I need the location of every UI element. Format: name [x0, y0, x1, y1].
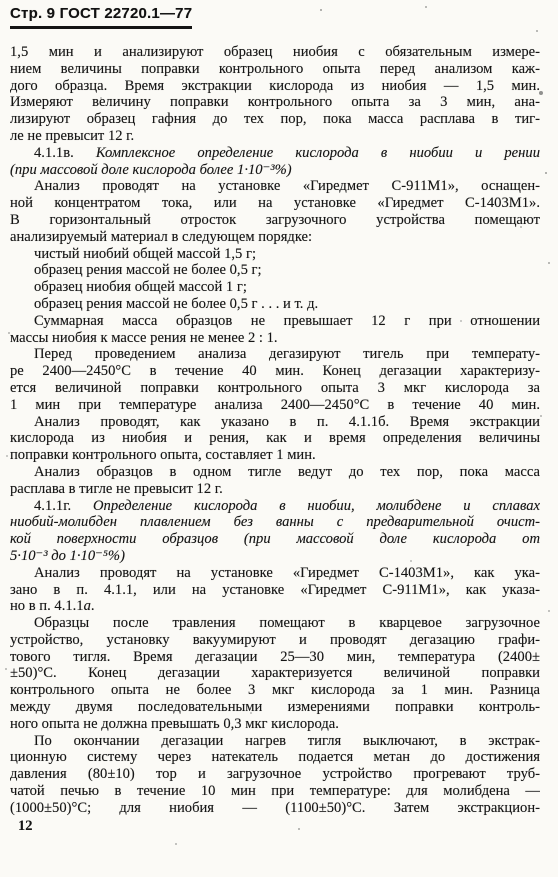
text-line: Перед проведением анализа дегазируют тиг… — [10, 346, 540, 363]
text-line: ниобий-молибден плавлением без ванны с п… — [10, 514, 540, 531]
text-line: расплава в тигле не превысит 12 г. — [10, 481, 540, 498]
line-text: 4.1.1г. — [34, 498, 93, 514]
line-text: лизируют образец гафния до тех пор, пока… — [10, 111, 540, 127]
line-text: давления (80±10) тор и загрузочное устро… — [10, 766, 540, 782]
page-number: 12 — [18, 818, 33, 835]
line-text: ного опыта не должна превышать 0,3 мкг к… — [10, 716, 339, 732]
scan-noise — [0, 0, 2, 2]
line-text: Образцы после травления помещают в кварц… — [34, 615, 540, 631]
line-text: поправки контрольного опыта, составляет … — [10, 447, 316, 463]
line-text: ре 2400—2450°С в течение 40 мин. Конец д… — [10, 363, 540, 379]
line-text-italic: Комплексное определение кислорода в ниоб… — [96, 145, 540, 161]
line-text-italic: ниобий-молибден плавлением без ванны с п… — [10, 514, 540, 530]
text-line: чатой печью в течение 10 мин при темпера… — [10, 783, 540, 800]
text-line: устройство, установку вакуумируют и пров… — [10, 632, 540, 649]
line-text: тового тигля. Время дегазации 25—30 мин,… — [10, 649, 540, 665]
line-text: нием величины поправки контрольного опыт… — [10, 61, 540, 77]
scanned-page: Стр. 9 ГОСТ 22720.1—77 1,5 мин и анализи… — [0, 0, 558, 877]
text-line: 1,5 мин и анализируют образец ниобия с о… — [10, 44, 540, 61]
text-line: (при массовой доле кислорода более 1·10⁻… — [10, 162, 540, 179]
line-text: Анализ проводят, как указано в п. 4.1.1б… — [34, 414, 540, 430]
line-text: между двумя последовательными измерениям… — [10, 699, 540, 715]
line-text: образец рения массой не более 0,5 г . . … — [34, 296, 318, 312]
line-text: ционную систему через натекатель подаетс… — [10, 749, 540, 765]
line-text: . — [91, 598, 95, 614]
text-line: анализируемый материал в следующем поряд… — [10, 229, 540, 246]
text-line: кой поверхности образцов (при массовой д… — [10, 531, 540, 548]
text-line: Анализ образцов в одном тигле ведут до т… — [10, 464, 540, 481]
text-line: Анализ проводят, как указано в п. 4.1.1б… — [10, 414, 540, 431]
line-text: ±50)°С. Конец дегазации характеризуется … — [10, 665, 540, 681]
text-line: ционную систему через натекатель подаетс… — [10, 749, 540, 766]
line-text: чистый ниобий общей массой 1,5 г; — [34, 246, 256, 262]
line-text: Измеряют величину поправки контрольного … — [10, 94, 540, 110]
text-line: но в п. 4.1.1а. — [10, 598, 540, 615]
text-line: ±50)°С. Конец дегазации характеризуется … — [10, 665, 540, 682]
line-text: но в п. 4.1.1 — [10, 598, 84, 614]
line-text: 4.1.1в. — [34, 145, 96, 161]
line-text: анализируемый материал в следующем поряд… — [10, 229, 312, 245]
text-line: ется величиной поправки контрольного опы… — [10, 380, 540, 397]
text-line: Образцы после травления помещают в кварц… — [10, 615, 540, 632]
line-text: По окончании дегазации нагрев тигля выкл… — [34, 733, 540, 749]
text-line: лизируют образец гафния до тех пор, пока… — [10, 111, 540, 128]
line-text: дого образца. Время экстракции кислорода… — [10, 78, 540, 94]
line-text-italic: кой поверхности образцов (при массовой д… — [10, 531, 540, 547]
line-text: чатой печью в течение 10 мин при темпера… — [10, 783, 540, 799]
text-line: зано в п. 4.1.1, или на установке «Гиред… — [10, 582, 540, 599]
line-text: В горизонтальный отросток загрузочного у… — [10, 212, 540, 228]
line-text: ной концентратом тока, или на установке … — [10, 195, 540, 211]
text-line: 4.1.1в. Комплексное определение кислород… — [10, 145, 540, 162]
text-line: 4.1.1г. Определение кислорода в ниобии, … — [10, 498, 540, 515]
line-text: Перед проведением анализа дегазируют тиг… — [34, 346, 540, 362]
text-line: образец ниобия общей массой 1 г; — [10, 279, 540, 296]
line-text-italic: Определение кислорода в ниобии, молибден… — [93, 498, 540, 514]
line-text: 1,5 мин и анализируют образец ниобия с о… — [10, 44, 540, 60]
line-text: массы ниобия к массе рения не менее 2 : … — [10, 330, 278, 346]
text-line: образец рения массой не более 0,5 г . . … — [10, 296, 540, 313]
line-text: ле не превысит 12 г. — [10, 128, 134, 144]
text-line: 1 мин при температуре анализа 2400—2450°… — [10, 397, 540, 414]
text-line: массы ниобия к массе рения не менее 2 : … — [10, 330, 540, 347]
page-header: Стр. 9 ГОСТ 22720.1—77 — [10, 5, 192, 29]
text-line: образец рения массой не более 0,5 г; — [10, 262, 540, 279]
text-line: дого образца. Время экстракции кислорода… — [10, 78, 540, 95]
line-text: Анализ проводят на установке «Гиредмет С… — [34, 178, 540, 194]
line-text-italic: а — [84, 598, 91, 614]
text-line: ного опыта не должна превышать 0,3 мкг к… — [10, 716, 540, 733]
text-line: ной концентратом тока, или на установке … — [10, 195, 540, 212]
text-line: давления (80±10) тор и загрузочное устро… — [10, 766, 540, 783]
text-line: ле не превысит 12 г. — [10, 128, 540, 145]
text-line: Измеряют величину поправки контрольного … — [10, 94, 540, 111]
text-line: (1000±50)°С; для ниобия — (1100±50)°С. З… — [10, 800, 540, 817]
text-line: нием величины поправки контрольного опыт… — [10, 61, 540, 78]
line-text: зано в п. 4.1.1, или на установке «Гиред… — [10, 582, 540, 598]
text-line: между двумя последовательными измерениям… — [10, 699, 540, 716]
line-text: образец ниобия общей массой 1 г; — [34, 279, 247, 295]
line-text-italic: (при массовой доле кислорода более 1·10⁻… — [10, 162, 292, 178]
line-text: Анализ проводят на установке «Гиредмет С… — [34, 565, 540, 581]
text-line: тового тигля. Время дегазации 25—30 мин,… — [10, 649, 540, 666]
line-text: расплава в тигле не превысит 12 г. — [10, 481, 223, 497]
text-line: В горизонтальный отросток загрузочного у… — [10, 212, 540, 229]
text-line: чистый ниобий общей массой 1,5 г; — [10, 246, 540, 263]
document-body: 1,5 мин и анализируют образец ниобия с о… — [10, 44, 540, 817]
text-line: По окончании дегазации нагрев тигля выкл… — [10, 733, 540, 750]
line-text: Суммарная масса образцов не превышает 12… — [34, 313, 540, 329]
line-text: ется величиной поправки контрольного опы… — [10, 380, 540, 396]
text-line: Анализ проводят на установке «Гиредмет С… — [10, 565, 540, 582]
text-line: ре 2400—2450°С в течение 40 мин. Конец д… — [10, 363, 540, 380]
text-line: Анализ проводят на установке «Гиредмет С… — [10, 178, 540, 195]
line-text: 1 мин при температуре анализа 2400—2450°… — [10, 397, 540, 413]
text-line: Суммарная масса образцов не превышает 12… — [10, 313, 540, 330]
text-line: поправки контрольного опыта, составляет … — [10, 447, 540, 464]
text-line: 5·10⁻³ до 1·10⁻⁵%) — [10, 548, 540, 565]
line-text: кислорода из ниобия и рения, как и время… — [10, 430, 540, 446]
line-text: (1000±50)°С; для ниобия — (1100±50)°С. З… — [10, 800, 540, 816]
line-text: образец рения массой не более 0,5 г; — [34, 262, 262, 278]
line-text: устройство, установку вакуумируют и пров… — [10, 632, 540, 648]
text-line: контрольного опыта не более 3 мкг кислор… — [10, 682, 540, 699]
text-line: кислорода из ниобия и рения, как и время… — [10, 430, 540, 447]
line-text: Анализ образцов в одном тигле ведут до т… — [34, 464, 540, 480]
line-text: контрольного опыта не более 3 мкг кислор… — [10, 682, 540, 698]
line-text-italic: 5·10⁻³ до 1·10⁻⁵%) — [10, 548, 125, 564]
